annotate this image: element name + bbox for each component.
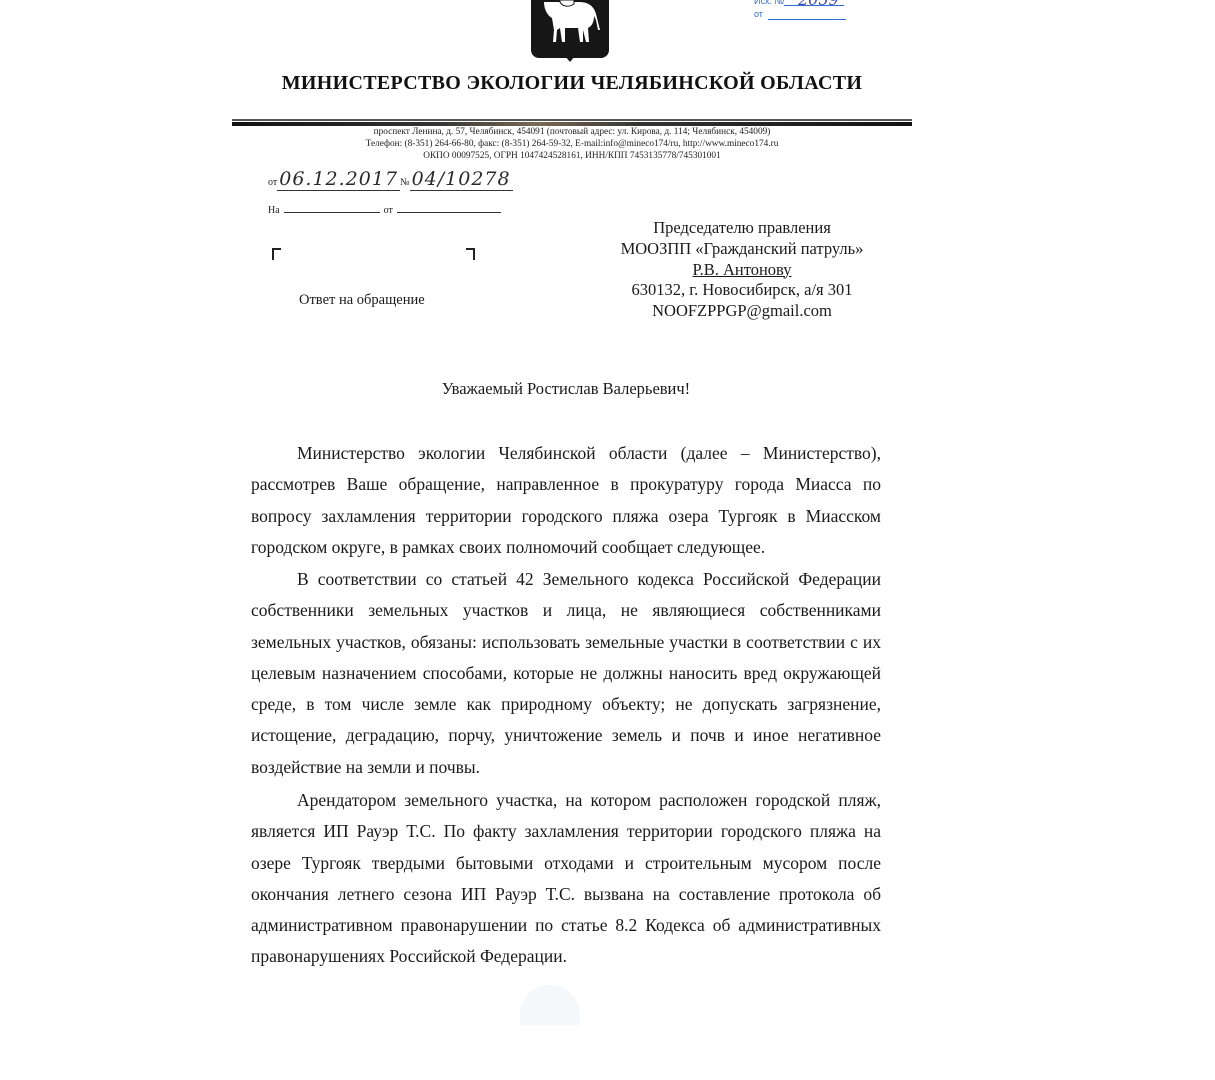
- addressee-name: Р.В. Антонову: [598, 260, 886, 281]
- body-paragraph-3: Арендатором земельного участка, на котор…: [251, 785, 881, 973]
- incoming-stamp: Исх. № 2059 от: [754, 0, 854, 24]
- paragraph-text: Министерство экологии Челябинской област…: [251, 438, 881, 563]
- contacts-address: проспект Ленина, д. 57, Челябинск, 45409…: [232, 126, 912, 138]
- contacts-registration: ОКПО 00097525, ОГРН 1047424528161, ИНН/К…: [232, 150, 912, 162]
- stamp-number-handwritten: 2059: [798, 0, 839, 9]
- reference-from-label: от: [384, 205, 393, 216]
- body-paragraph-1: Министерство экологии Челябинской област…: [251, 438, 881, 563]
- corner-mark-right: [466, 248, 475, 260]
- addressee-title: Председателю правления: [598, 218, 886, 239]
- addressee-block: Председателю правления МООЗПП «Гражданск…: [598, 218, 886, 322]
- outgoing-number-value: 04/10278: [410, 168, 513, 191]
- addressee-email: NOOFZPPGP@gmail.com: [598, 301, 886, 322]
- outgoing-date-label: от: [268, 177, 277, 188]
- reference-on-blank: [284, 212, 380, 213]
- stamp-number-label: Исх. №: [754, 0, 784, 6]
- outgoing-number-label: №: [400, 177, 410, 188]
- ministry-contacts: проспект Ленина, д. 57, Челябинск, 45409…: [232, 126, 912, 162]
- camel-icon: [538, 0, 602, 44]
- stamp-date-line: [768, 19, 846, 20]
- addressee-organization: МООЗПП «Гражданский патруль»: [598, 239, 886, 260]
- paragraph-text: Арендатором земельного участка, на котор…: [251, 785, 881, 973]
- faint-watermark: [520, 985, 580, 1025]
- salutation: Уважаемый Ростислав Валерьевич!: [232, 379, 900, 399]
- body-paragraph-2: В соответствии со статьей 42 Земельного …: [251, 564, 881, 783]
- ministry-title: МИНИСТЕРСТВО ЭКОЛОГИИ ЧЕЛЯБИНСКОЙ ОБЛАСТ…: [232, 72, 912, 95]
- incoming-reference-line: Наот: [268, 205, 505, 216]
- outgoing-reference: от06.12.2017№04/10278: [268, 168, 513, 191]
- contacts-phone-email: Телефон: (8-351) 264-66-80, факс: (8-351…: [232, 138, 912, 150]
- addressee-address: 630132, г. Новосибирск, а/я 301: [598, 280, 886, 301]
- paragraph-text: В соответствии со статьей 42 Земельного …: [251, 564, 881, 783]
- reference-on-label: На: [268, 205, 280, 216]
- reference-from-blank: [397, 212, 501, 213]
- outgoing-date-value: 06.12.2017: [277, 168, 400, 191]
- letter-subject: Ответ на обращение: [299, 292, 425, 309]
- stamp-date-label: от: [754, 9, 763, 19]
- header-divider-thin: [232, 119, 912, 121]
- corner-mark-left: [272, 248, 281, 260]
- coat-of-arms-tip: [565, 56, 575, 62]
